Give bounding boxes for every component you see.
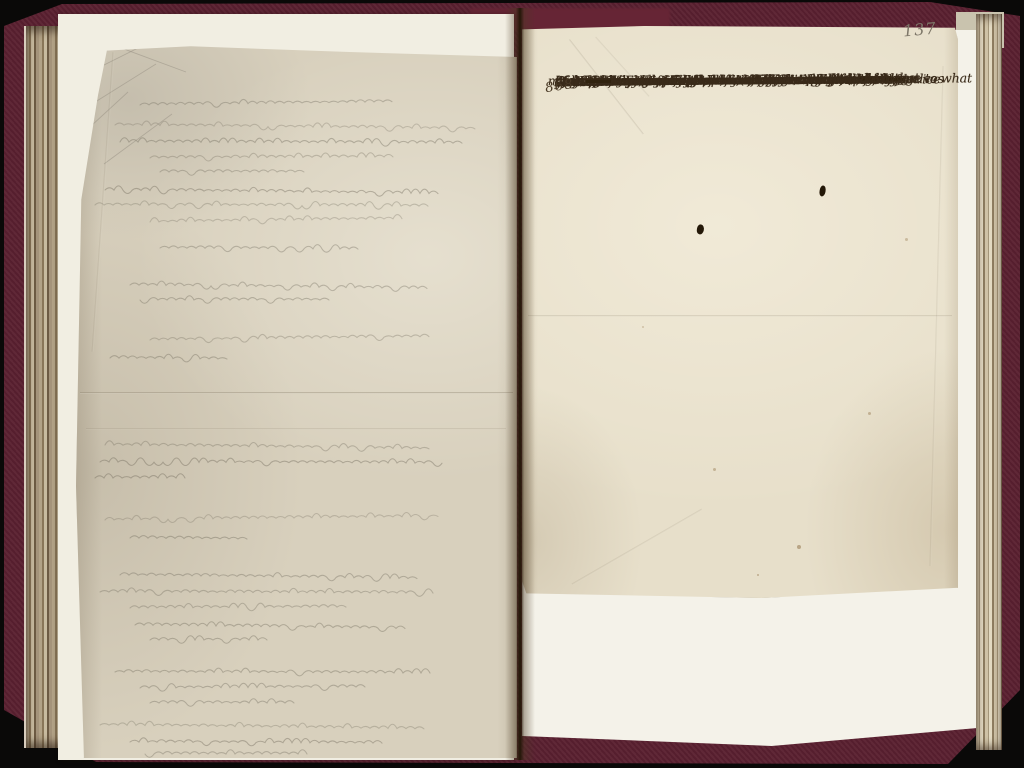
showthrough-line bbox=[140, 683, 365, 691]
showthrough-line bbox=[110, 354, 227, 362]
showthrough-line bbox=[95, 474, 185, 478]
folio-number: 137 bbox=[902, 19, 937, 41]
pencil-scratch bbox=[104, 114, 172, 164]
manuscript-text: It followes now (Pyrophilus) that havein… bbox=[555, 68, 960, 416]
showthrough-svg bbox=[76, 42, 517, 758]
showthrough-line bbox=[100, 721, 424, 729]
showthrough-line bbox=[130, 738, 382, 746]
manuscript-sheet-left bbox=[76, 42, 517, 758]
photograph-of-manuscript: It followes now (Pyrophilus) that havein… bbox=[0, 0, 1024, 768]
showthrough-line bbox=[160, 170, 304, 176]
showthrough-line bbox=[120, 138, 462, 146]
showthrough-line bbox=[150, 215, 402, 225]
showthrough-line bbox=[150, 334, 429, 343]
page-stack-fore-edge bbox=[976, 14, 1002, 750]
foxing-dot bbox=[757, 574, 759, 576]
showthrough-line bbox=[105, 186, 438, 197]
showthrough-line bbox=[115, 121, 475, 132]
showthrough-line bbox=[105, 512, 438, 523]
ink-blot bbox=[696, 224, 705, 235]
showthrough-line bbox=[150, 153, 393, 161]
crease-line bbox=[86, 428, 506, 430]
ink-blot bbox=[819, 185, 827, 197]
showthrough-line bbox=[120, 572, 417, 582]
showthrough-line bbox=[115, 668, 430, 676]
showthrough-line bbox=[140, 99, 392, 108]
showthrough-line bbox=[150, 699, 294, 707]
showthrough-line bbox=[100, 458, 442, 467]
crease-line bbox=[572, 509, 703, 586]
foxing-dot bbox=[797, 545, 801, 549]
showthrough-line bbox=[150, 636, 267, 644]
showthrough-line bbox=[140, 296, 329, 304]
showthrough-line bbox=[135, 621, 405, 631]
showthrough-line bbox=[105, 441, 429, 452]
showthrough-line bbox=[130, 536, 247, 539]
showthrough-line bbox=[145, 750, 307, 758]
manuscript-line: made also by Combination, I meane Cement… bbox=[548, 70, 811, 91]
showthrough-line bbox=[95, 201, 428, 209]
pencil-scratch bbox=[116, 46, 186, 72]
showthrough-line bbox=[130, 281, 427, 292]
crease-line bbox=[80, 392, 513, 394]
gutter-shadow bbox=[505, 8, 535, 760]
page-stack-left-edge bbox=[24, 26, 62, 748]
foxing-dot bbox=[713, 468, 716, 471]
showthrough-line bbox=[100, 588, 433, 596]
showthrough-line bbox=[160, 245, 358, 253]
showthrough-line bbox=[130, 603, 346, 611]
